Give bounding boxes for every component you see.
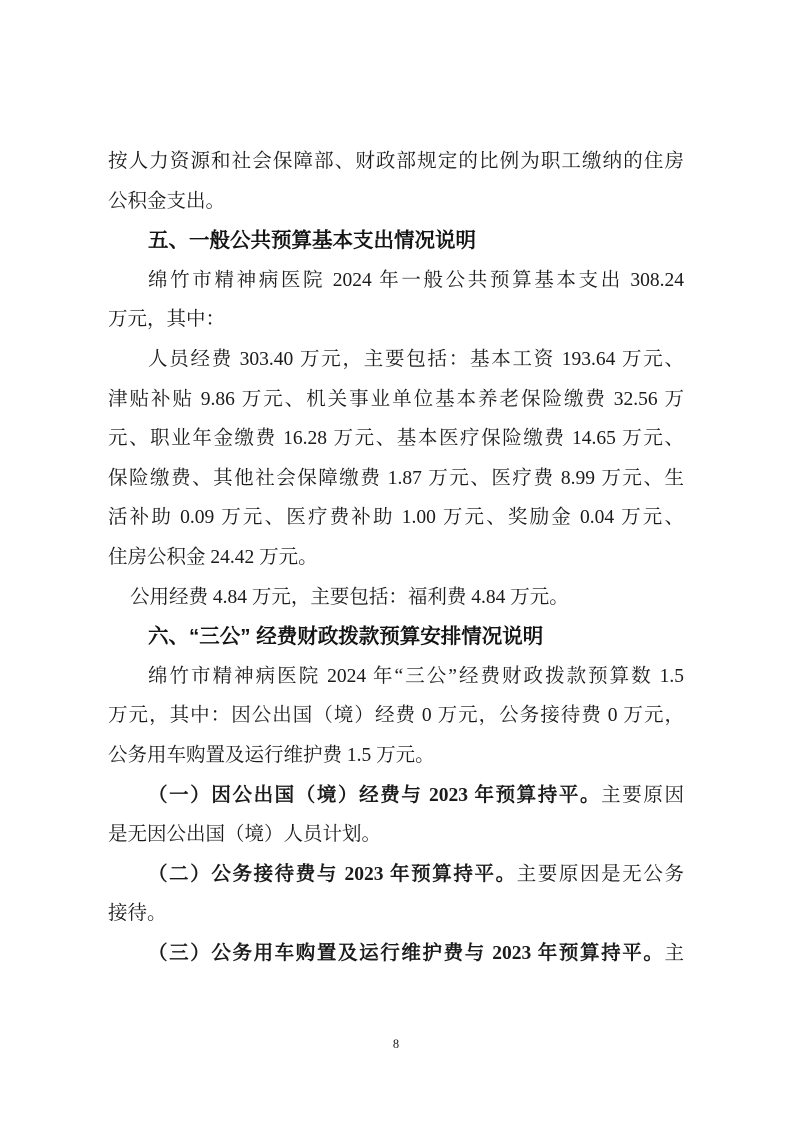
text-line: 元、职业年金缴费 16.28 万元、基本医疗保险缴费 14.65 万元、 [108, 419, 684, 459]
text-line-text: 津贴补贴 9.86 万元、机关事业单位基本养老保险缴费 32.56 万 [108, 389, 684, 410]
text-line-text: 活补助 0.09 万元、医疗费补助 1.00 万元、奖励金 0.04 万元、 [108, 507, 684, 528]
text-line-text: 接待。 [108, 903, 167, 924]
text-line: 人员经费 303.40 万元，主要包括：基本工资 193.64 万元、 [108, 340, 684, 380]
text-line-text: 按人力资源和社会保障部、财政部规定的比例为职工缴纳的住房 [108, 151, 684, 172]
subitem-1-lead: （一）因公出国（境）经费与 2023 年预算持平。 [148, 785, 601, 806]
section-heading-text: 六、“三公” 经费财政拨款预算安排情况说明 [148, 625, 543, 648]
text-line-text: 万元，其中：因公出国（境）经费 0 万元，公务接待费 0 万元， [108, 705, 684, 726]
document-body: 按人力资源和社会保障部、财政部规定的比例为职工缴纳的住房 公积金支出。 五、一般… [108, 142, 684, 973]
text-line-text: 元、职业年金缴费 16.28 万元、基本医疗保险缴费 14.65 万元、 [108, 428, 684, 449]
text-line: （一）因公出国（境）经费与 2023 年预算持平。主要原因 [108, 776, 684, 816]
subitem-3-lead: （三）公务用车购置及运行维护费与 2023 年预算持平。 [148, 943, 664, 964]
text-line: （二）公务接待费与 2023 年预算持平。主要原因是无公务 [108, 855, 684, 895]
text-line-text: 主 [664, 943, 684, 964]
text-line: 按人力资源和社会保障部、财政部规定的比例为职工缴纳的住房 [108, 142, 684, 182]
text-line: 公务用车购置及运行维护费 1.5 万元。 [108, 736, 684, 776]
text-line: 保险缴费、其他社会保障缴费 1.87 万元、医疗费 8.99 万元、生 [108, 459, 684, 499]
text-line: 万元，其中：因公出国（境）经费 0 万元，公务接待费 0 万元， [108, 696, 684, 736]
page-number: 8 [0, 1036, 792, 1052]
text-line-text: 主要原因是无公务 [517, 864, 684, 885]
text-line: 公积金支出。 [108, 182, 684, 222]
text-line: 活补助 0.09 万元、医疗费补助 1.00 万元、奖励金 0.04 万元、 [108, 498, 684, 538]
text-line-text: 公积金支出。 [108, 191, 225, 212]
section-heading-text: 五、一般公共预算基本支出情况说明 [148, 229, 476, 252]
text-line: 绵竹市精神病医院 2024 年一般公共预算基本支出 308.24 [108, 261, 684, 301]
text-line-text: 保险缴费、其他社会保障缴费 1.87 万元、医疗费 8.99 万元、生 [108, 468, 684, 489]
text-line-text: 万元，其中： [108, 309, 225, 330]
text-line-text: 住房公积金 24.42 万元。 [108, 547, 318, 568]
text-line: 接待。 [108, 894, 684, 934]
text-line-text: 公用经费 4.84 万元，主要包括：福利费 4.84 万元。 [130, 587, 569, 608]
text-line-text: 人员经费 303.40 万元，主要包括：基本工资 193.64 万元、 [148, 349, 684, 370]
text-line: 绵竹市精神病医院 2024 年“三公”经费财政拨款预算数 1.5 [108, 657, 684, 697]
section-heading-5: 五、一般公共预算基本支出情况说明 [108, 221, 684, 261]
text-line: 公用经费 4.84 万元，主要包括：福利费 4.84 万元。 [108, 578, 684, 618]
text-line-text: 公务用车购置及运行维护费 1.5 万元。 [108, 745, 435, 766]
text-line-text: 绵竹市精神病医院 2024 年“三公”经费财政拨款预算数 1.5 [148, 666, 684, 687]
text-line: 万元，其中： [108, 300, 684, 340]
subitem-2-lead: （二）公务接待费与 2023 年预算持平。 [148, 864, 517, 885]
text-line: 津贴补贴 9.86 万元、机关事业单位基本养老保险缴费 32.56 万 [108, 380, 684, 420]
document-page: 按人力资源和社会保障部、财政部规定的比例为职工缴纳的住房 公积金支出。 五、一般… [0, 0, 792, 1122]
text-line: 是无因公出国（境）人员计划。 [108, 815, 684, 855]
text-line: 住房公积金 24.42 万元。 [108, 538, 684, 578]
text-line-text: 是无因公出国（境）人员计划。 [108, 824, 381, 845]
text-line-text: 主要原因 [601, 785, 684, 806]
section-heading-6: 六、“三公” 经费财政拨款预算安排情况说明 [108, 617, 684, 657]
text-line: （三）公务用车购置及运行维护费与 2023 年预算持平。主 [108, 934, 684, 974]
text-line-text: 绵竹市精神病医院 2024 年一般公共预算基本支出 308.24 [148, 270, 684, 291]
